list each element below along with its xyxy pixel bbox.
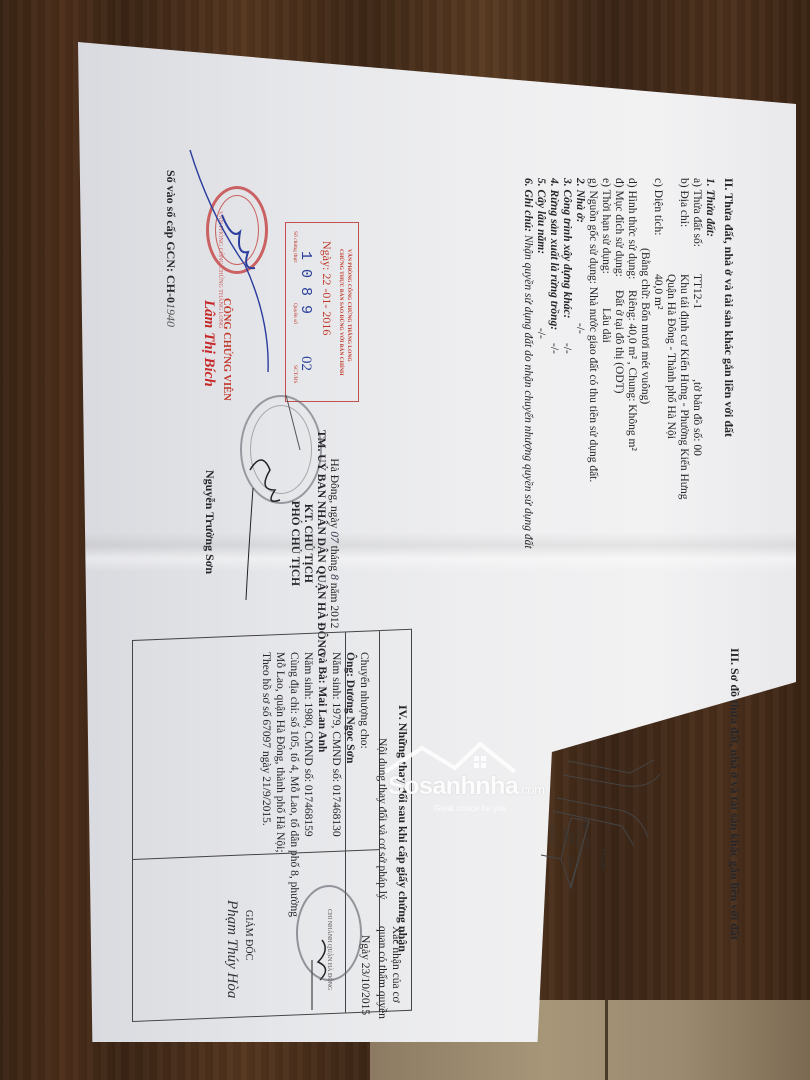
col-confirm-header-2: quan có thẩm quyền [376,926,388,1019]
map-parcel-id: TT12-1 [574,830,580,848]
watermark-tagline: Great choice for you [434,804,506,813]
map-length: 10.00 [562,828,568,842]
map-width-bottom: 4.00 [566,856,572,867]
entry-line: Năm sinh: 1979, CMND số: 017468130 [329,652,343,917]
col-confirm-header-1: Xác nhận của cơ [390,926,402,1003]
branch-seal-text: CHI NHÁNH QUẬN HÀ ĐÔNG [325,909,332,990]
map-neighbor-2: TT12-28 [599,848,605,869]
section-3-heading: III. Sơ đồ thửa đất, nhà ở và tài sản kh… [727,648,742,940]
director-signature-name: Phạm Thúy Hòa [223,900,240,998]
entry-line: Theo hồ sơ số 67097 ngày 21/9/2015. [259,652,273,917]
watermark-brand: Sosanhnha.com [388,772,544,801]
entry-line: Cùng địa chỉ: số 105, tổ 4, Mỗ Lao, tổ d… [287,652,301,917]
entry-line: và Bà: Mai Lan Anh [315,652,329,917]
parcel-sketch-map: 4.00 TT12-1 40,0 10.00 10.00 4.00 TT12-2… [530,748,680,898]
map-length-2: 10.00 [584,836,590,850]
entry-line: Mỗ Lao, quận Hà Đông, thành phố Hà Nội; [273,652,287,917]
entry-line: Ông: Dương Ngọc Sơn [343,652,357,917]
parcel-outline [530,748,680,898]
map-neighbor-1: TT12-2 [548,826,554,844]
map-parcel-area: 40,0 [568,832,574,843]
entry-line: Năm sinh: 1980, CMND số: 017468159 [301,652,315,917]
change-entry: Chuyển nhượng cho: Ông: Dương Ngọc Sơn N… [259,652,371,917]
confirm-date: Ngày 23/10/2015 [359,935,371,1015]
map-width-top: 4.00 [581,819,587,830]
sosanhnha-watermark: Sosanhnha.com Great choice for you [380,738,520,828]
entry-line: Chuyển nhượng cho: [357,652,371,917]
branch-round-seal: CHI NHÁNH QUẬN HÀ ĐÔNG [296,885,362,981]
director-title: GIÁM ĐỐC [243,910,254,960]
